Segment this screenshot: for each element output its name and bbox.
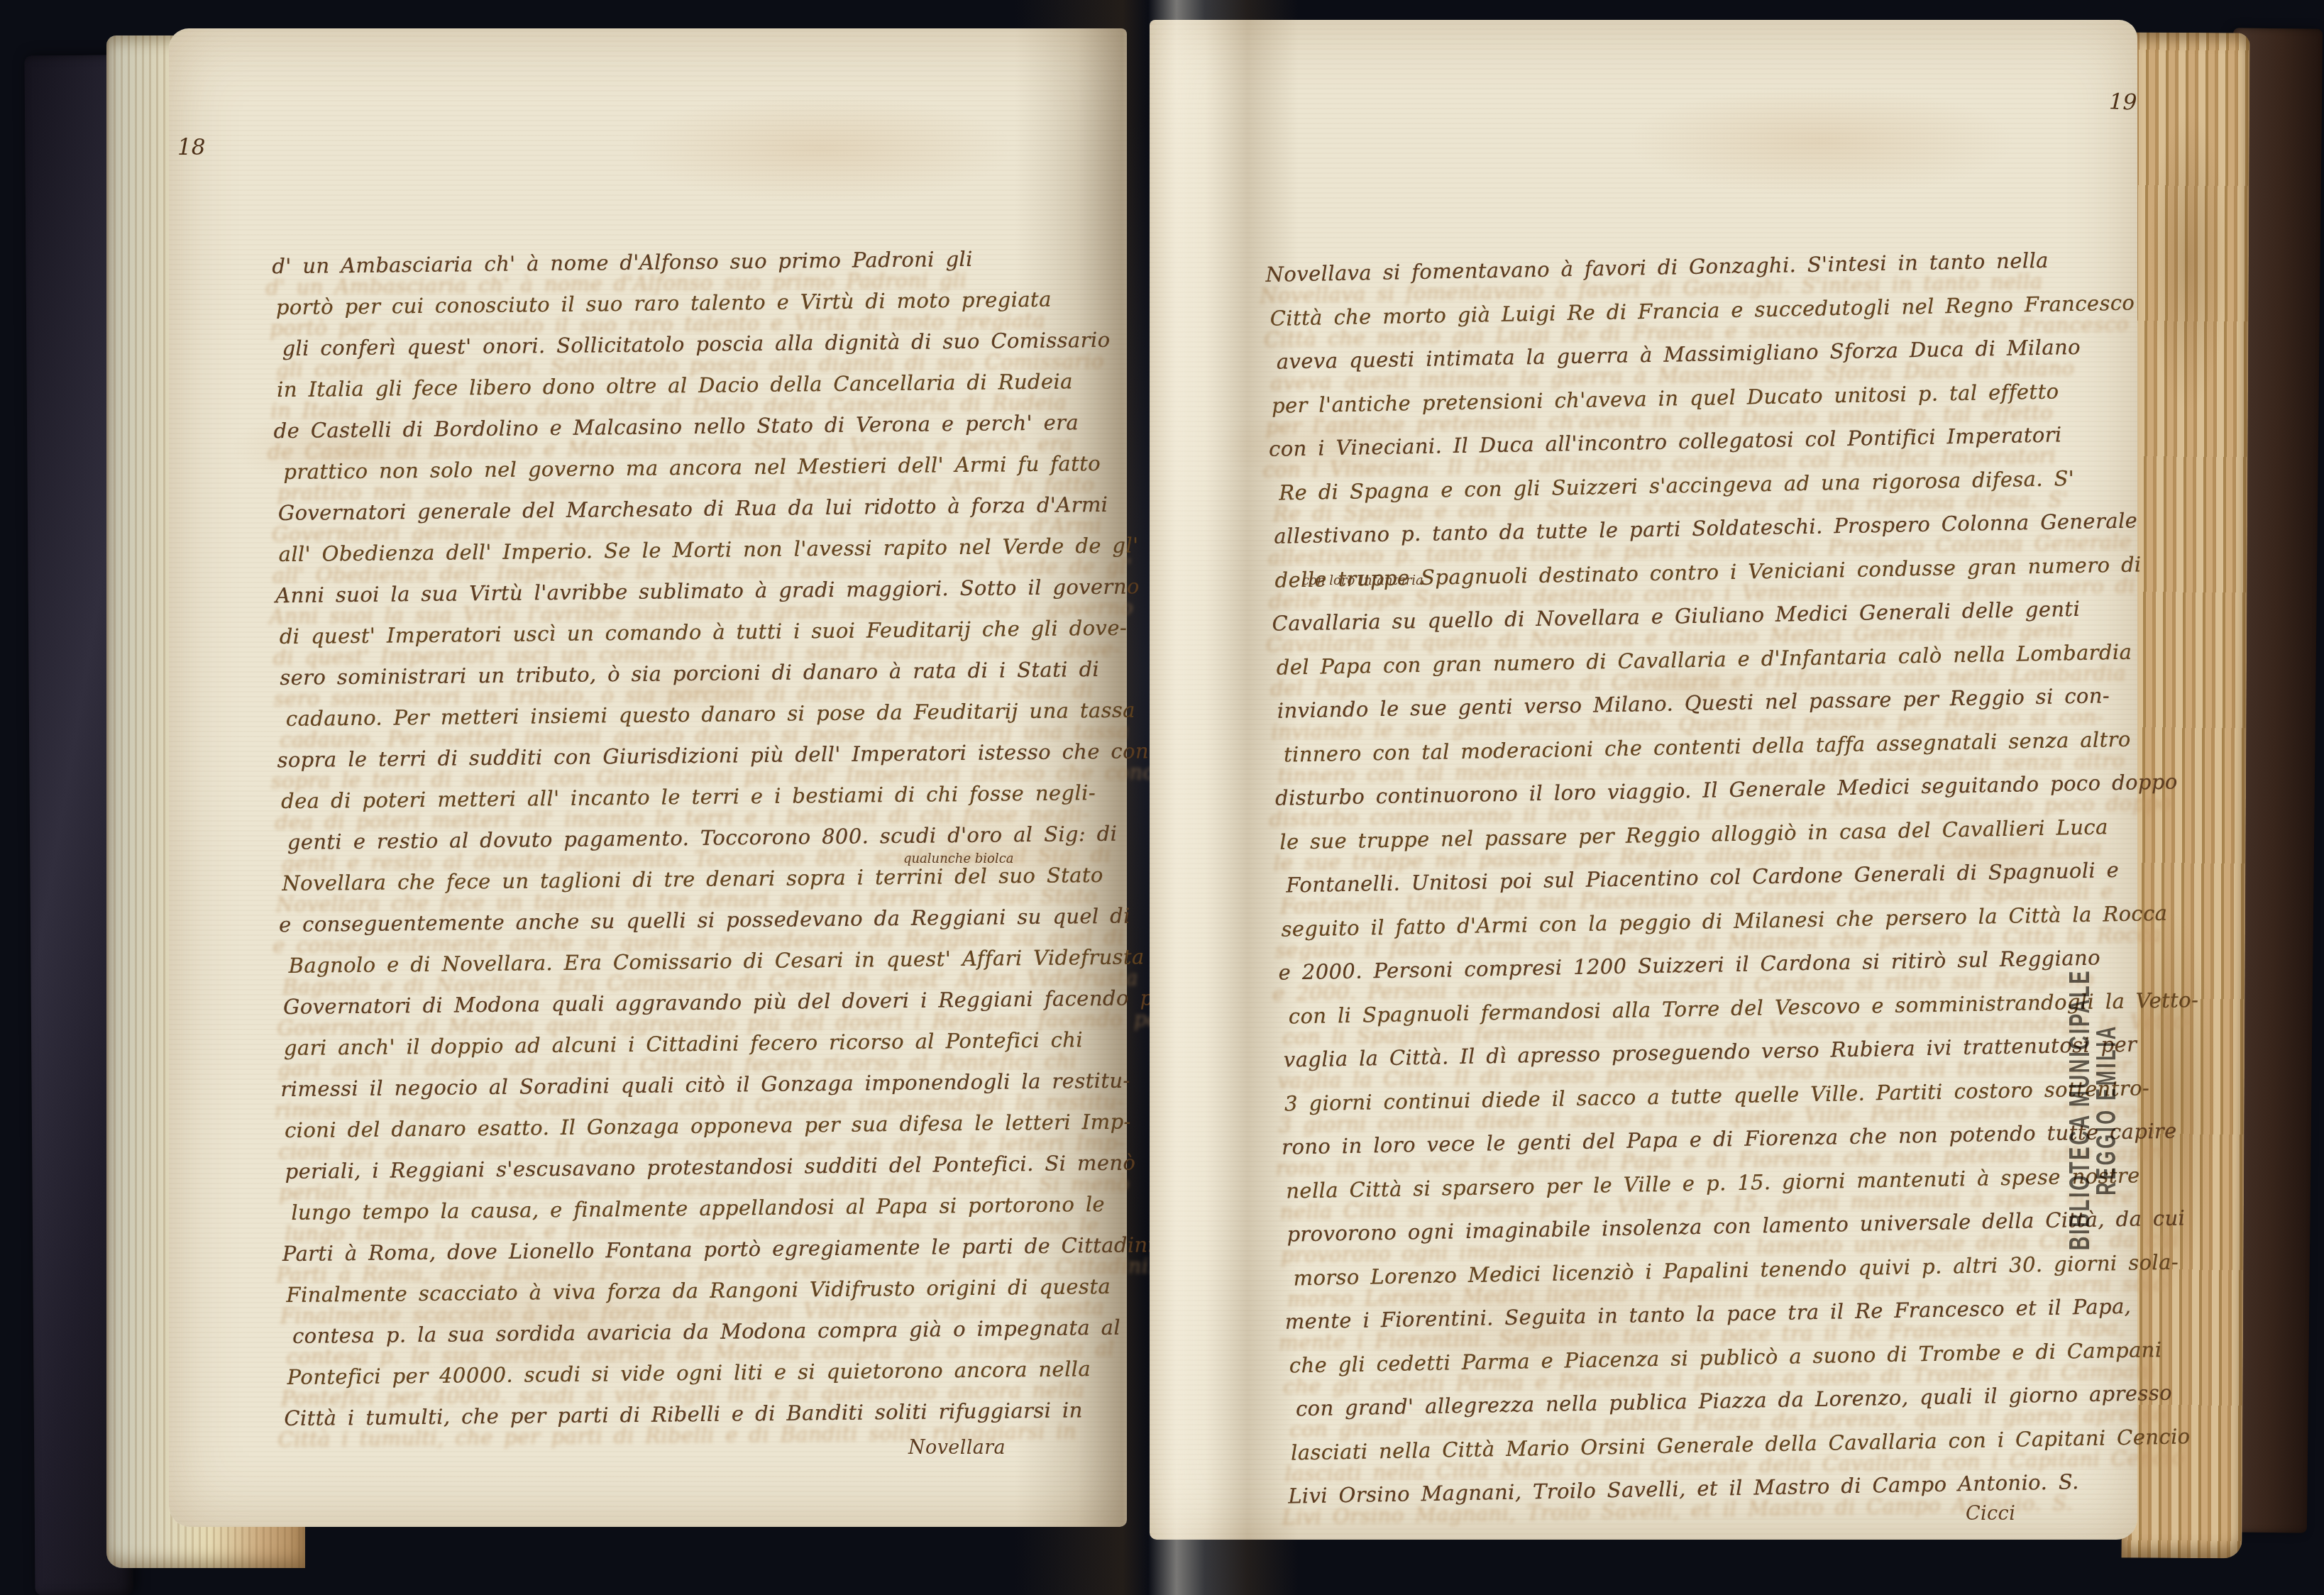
right-text-wrap: Novellava si fomentavano à favori di Gon… <box>1269 238 2106 253</box>
left-text-wrap: d' un Ambasciaria ch' à nome d'Alfonso s… <box>275 237 1106 245</box>
interlinear-note: con loro Infantaria <box>1302 573 1423 588</box>
page-number-left: 18 <box>177 135 205 160</box>
catchword: Novellara <box>908 1437 1006 1459</box>
manuscript-text: Novellava si fomentavano à favori di Gon… <box>1269 238 2129 1518</box>
manuscript-photo: 18 d' un Ambasciaria ch' à nome d'Alfons… <box>0 0 2324 1595</box>
manuscript-line: Città i tumulti, che per parti di Ribell… <box>284 1389 1118 1439</box>
left-page: 18 d' un Ambasciaria ch' à nome d'Alfons… <box>169 28 1127 1527</box>
page-number-right: 19 <box>2108 89 2137 115</box>
stamp-line-2: REGGIO EMILIA <box>2092 958 2123 1262</box>
interlinear-note: qualunche biolca <box>903 851 1014 866</box>
right-page: 19 Novellava si fomentavano à favori di … <box>1150 20 2137 1540</box>
library-stamp: BIBLIOTECA MUNICIPALE REGGIO EMILIA <box>2067 937 2127 1282</box>
manuscript-text: d' un Ambasciaria ch' à nome d'Alfonso s… <box>275 237 1118 1439</box>
catchword: Cicci <box>1966 1503 2015 1525</box>
